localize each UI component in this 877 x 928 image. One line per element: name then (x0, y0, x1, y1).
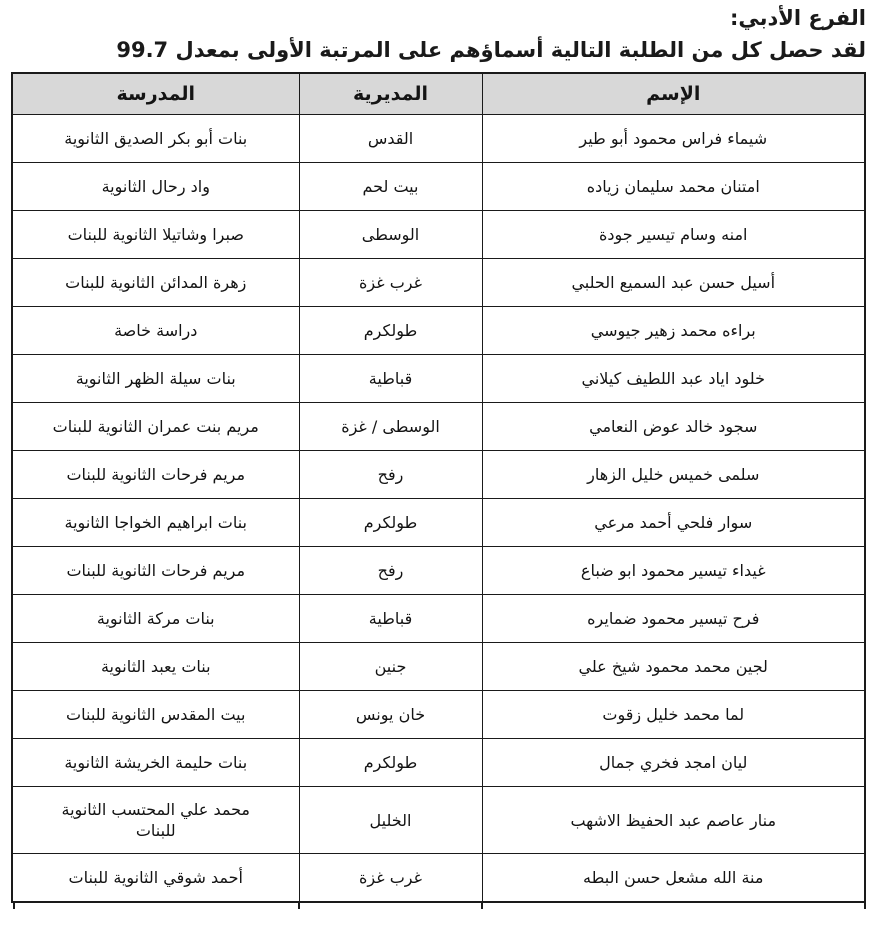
table-cell-school: بنات مركة الثانوية (12, 595, 299, 643)
table-cell-directorate: الوسطى / غزة (299, 403, 482, 451)
table-cell-directorate: رفح (299, 547, 482, 595)
table-cell-directorate: طولكرم (299, 499, 482, 547)
header-name: الإسم (482, 73, 865, 115)
table-cell-school: محمد علي المحتسب الثانوية للبنات (12, 787, 299, 854)
table-cell-name: فرح تيسير محمود ضمايره (482, 595, 865, 643)
table-cell-name: منة الله مشعل حسن البطه (482, 854, 865, 903)
table-cell-name: سوار فلحي أحمد مرعي (482, 499, 865, 547)
results-table-body: شيماء فراس محمود أبو طيرالقدسبنات أبو بك… (12, 115, 865, 903)
table-cell-name: سلمى خميس خليل الزهار (482, 451, 865, 499)
table-row: امتنان محمد سليمان زيادهبيت لحمواد رحال … (12, 163, 865, 211)
table-cell-directorate: غرب غزة (299, 259, 482, 307)
page-subtitle: لقد حصل كل من الطلبة التالية أسماؤهم على… (13, 34, 866, 66)
table-cell-school: زهرة المدائن الثانوية للبنات (12, 259, 299, 307)
table-cell-name: خلود اياد عبد اللطيف كيلاني (482, 355, 865, 403)
table-row: سوار فلحي أحمد مرعيطولكرمبنات ابراهيم ال… (12, 499, 865, 547)
table-cell-school: بنات حليمة الخريشة الثانوية (12, 739, 299, 787)
table-cell-name: شيماء فراس محمود أبو طير (482, 115, 865, 163)
table-cell-directorate: قباطية (299, 595, 482, 643)
table-row: امنه وسام تيسير جودةالوسطىصبرا وشاتيلا ا… (12, 211, 865, 259)
table-cell-school: مريم بنت عمران الثانوية للبنات (12, 403, 299, 451)
table-cell-directorate: طولكرم (299, 307, 482, 355)
table-cell-school: صبرا وشاتيلا الثانوية للبنات (12, 211, 299, 259)
table-cell-school: واد رحال الثانوية (12, 163, 299, 211)
table-row: شيماء فراس محمود أبو طيرالقدسبنات أبو بك… (12, 115, 865, 163)
table-cell-directorate: الخليل (299, 787, 482, 854)
table-row: لما محمد خليل زقوتخان يونسبيت المقدس الث… (12, 691, 865, 739)
table-cell-name: براءه محمد زهير جيوسي (482, 307, 865, 355)
table-cell-school: مريم فرحات الثانوية للبنات (12, 451, 299, 499)
table-cell-name: أسيل حسن عبد السميع الحلبي (482, 259, 865, 307)
table-cell-school: دراسة خاصة (12, 307, 299, 355)
table-cell-name: ليان امجد فخري جمال (482, 739, 865, 787)
table-cell-name: سجود خالد عوض النعامي (482, 403, 865, 451)
table-border-stub (864, 903, 866, 909)
page-title: الفرع الأدبي: (13, 2, 866, 34)
table-border-stub (13, 903, 15, 909)
table-cell-school: بنات أبو بكر الصديق الثانوية (12, 115, 299, 163)
table-cell-directorate: جنين (299, 643, 482, 691)
table-cell-school: مريم فرحات الثانوية للبنات (12, 547, 299, 595)
table-cell-school: أحمد شوقي الثانوية للبنات (12, 854, 299, 903)
table-border-stub (481, 903, 483, 909)
table-cell-directorate: غرب غزة (299, 854, 482, 903)
table-cell-directorate: رفح (299, 451, 482, 499)
table-row: ليان امجد فخري جمالطولكرمبنات حليمة الخر… (12, 739, 865, 787)
table-row: منة الله مشعل حسن البطهغرب غزةأحمد شوقي … (12, 854, 865, 903)
table-cell-school: بنات سيلة الظهر الثانوية (12, 355, 299, 403)
table-cell-directorate: بيت لحم (299, 163, 482, 211)
partial-next-row (13, 903, 866, 909)
table-border-stub (298, 903, 300, 909)
table-row: براءه محمد زهير جيوسيطولكرمدراسة خاصة (12, 307, 865, 355)
table-row: غيداء تيسير محمود ابو ضباعرفحمريم فرحات … (12, 547, 865, 595)
table-cell-school: بيت المقدس الثانوية للبنات (12, 691, 299, 739)
table-cell-name: امتنان محمد سليمان زياده (482, 163, 865, 211)
table-cell-name: غيداء تيسير محمود ابو ضباع (482, 547, 865, 595)
table-row: سلمى خميس خليل الزهاررفحمريم فرحات الثان… (12, 451, 865, 499)
table-cell-directorate: خان يونس (299, 691, 482, 739)
header-directorate: المديرية (299, 73, 482, 115)
table-row: لجين محمد محمود شيخ عليجنينبنات يعبد الث… (12, 643, 865, 691)
table-cell-name: امنه وسام تيسير جودة (482, 211, 865, 259)
header-school: المدرسة (12, 73, 299, 115)
table-cell-directorate: الوسطى (299, 211, 482, 259)
table-cell-name: لما محمد خليل زقوت (482, 691, 865, 739)
table-row: سجود خالد عوض النعاميالوسطى / غزةمريم بن… (12, 403, 865, 451)
table-row: خلود اياد عبد اللطيف كيلانيقباطيةبنات سي… (12, 355, 865, 403)
document-page: الفرع الأدبي: لقد حصل كل من الطلبة التال… (0, 0, 877, 909)
table-cell-school: بنات ابراهيم الخواجا الثانوية (12, 499, 299, 547)
table-cell-name: منار عاصم عبد الحفيظ الاشهب (482, 787, 865, 854)
table-row: أسيل حسن عبد السميع الحلبيغرب غزةزهرة ال… (12, 259, 865, 307)
results-table: الإسم المديرية المدرسة شيماء فراس محمود … (11, 72, 866, 903)
table-cell-directorate: القدس (299, 115, 482, 163)
table-row: منار عاصم عبد الحفيظ الاشهبالخليلمحمد عل… (12, 787, 865, 854)
table-cell-directorate: قباطية (299, 355, 482, 403)
table-header-row: الإسم المديرية المدرسة (12, 73, 865, 115)
table-cell-school: بنات يعبد الثانوية (12, 643, 299, 691)
table-row: فرح تيسير محمود ضمايرهقباطيةبنات مركة ال… (12, 595, 865, 643)
table-cell-name: لجين محمد محمود شيخ علي (482, 643, 865, 691)
table-cell-directorate: طولكرم (299, 739, 482, 787)
